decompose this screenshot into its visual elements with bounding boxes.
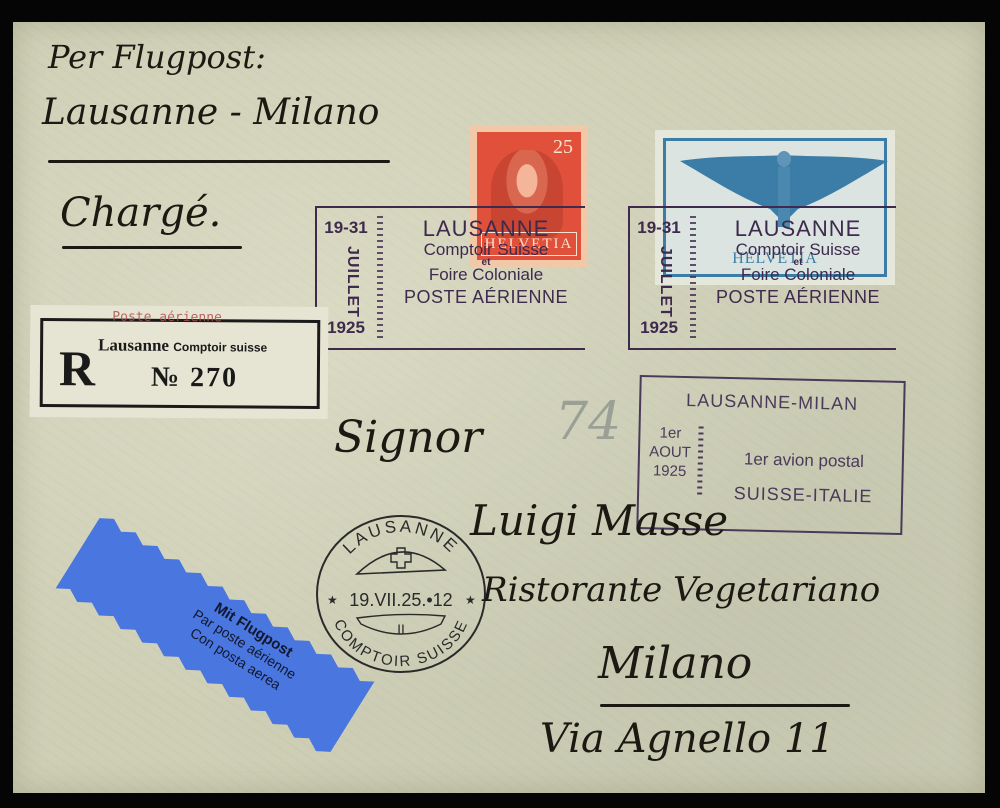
- stamp-value: 25: [553, 136, 573, 159]
- cachet-year: 1925: [641, 461, 697, 481]
- svg-text:II: II: [397, 621, 405, 637]
- cachet-line2: 1er avion postal: [710, 449, 898, 473]
- slogan-cancel-right: 19-31 JUILLET 1925 LAUSANNE Comptoir Sui…: [628, 206, 896, 350]
- cachet-date: 1er AOUT 1925: [641, 423, 698, 481]
- office-name: Lausanne: [98, 335, 169, 354]
- city-underline: [600, 704, 850, 707]
- circular-postmark: LAUSANNE COMPTOIR SUISSE ★ ★ 19.VII.25.•…: [313, 512, 489, 676]
- address-street: Via Agnello 11: [540, 716, 835, 762]
- address-city: Milano: [598, 638, 752, 689]
- registration-letter: R: [59, 339, 96, 397]
- cachet-route: LAUSANNE-MILAN: [641, 389, 903, 416]
- manuscript-line-3: Chargé.: [60, 190, 221, 236]
- cancel-line4: Foire Coloniale: [700, 265, 896, 285]
- svg-text:★: ★: [465, 593, 476, 607]
- underline-2: [62, 246, 242, 249]
- cancel-line5: POSTE AÉRIENNE: [387, 287, 585, 308]
- wavy-line: [697, 426, 704, 496]
- office-sub: Comptoir suisse: [173, 340, 267, 355]
- pencil-note: 74: [555, 392, 621, 452]
- cancel-line5: POSTE AÉRIENNE: [700, 287, 896, 308]
- label-frame: R Lausanne Comptoir suisse № 270: [40, 318, 321, 409]
- registration-label: R Lausanne Comptoir suisse № 270 Poste a…: [30, 305, 329, 419]
- airmail-overprint: Poste aérienne: [112, 310, 222, 326]
- cancel-year: 1925: [630, 318, 688, 338]
- cancel-line4: Foire Coloniale: [387, 265, 585, 285]
- svg-text:19.VII.25.•12: 19.VII.25.•12: [349, 590, 452, 610]
- cancel-days: 19-31: [317, 218, 375, 238]
- cancel-town: LAUSANNE: [387, 216, 585, 242]
- svg-text:★: ★: [327, 593, 338, 607]
- registration-number: № 270: [151, 362, 238, 395]
- wavy-line: [377, 216, 383, 340]
- address-salutation: Signor: [334, 412, 482, 463]
- manuscript-line-2: Lausanne - Milano: [42, 92, 379, 133]
- slogan-cancel-left: 19-31 JUILLET 1925 LAUSANNE Comptoir Sui…: [315, 206, 585, 350]
- underline-1: [48, 160, 390, 163]
- cancel-days: 19-31: [630, 218, 688, 238]
- number-sign: №: [151, 362, 181, 393]
- cachet-line3: SUISSE-ITALIE: [709, 483, 897, 508]
- number-value: 270: [190, 362, 238, 393]
- cachet-month: AOUT: [642, 442, 698, 462]
- cancel-month: JUILLET: [644, 246, 674, 302]
- address-name: Luigi Masse: [470, 496, 728, 545]
- manuscript-line-1: Per Flugpost:: [48, 38, 266, 76]
- cancel-month: JUILLET: [331, 246, 361, 302]
- registration-office: Lausanne Comptoir suisse: [98, 335, 267, 356]
- cancel-town: LAUSANNE: [700, 216, 896, 242]
- address-line2: Ristorante Vegetariano: [482, 570, 880, 610]
- wavy-line: [690, 216, 696, 340]
- cachet-day: 1er: [642, 423, 698, 443]
